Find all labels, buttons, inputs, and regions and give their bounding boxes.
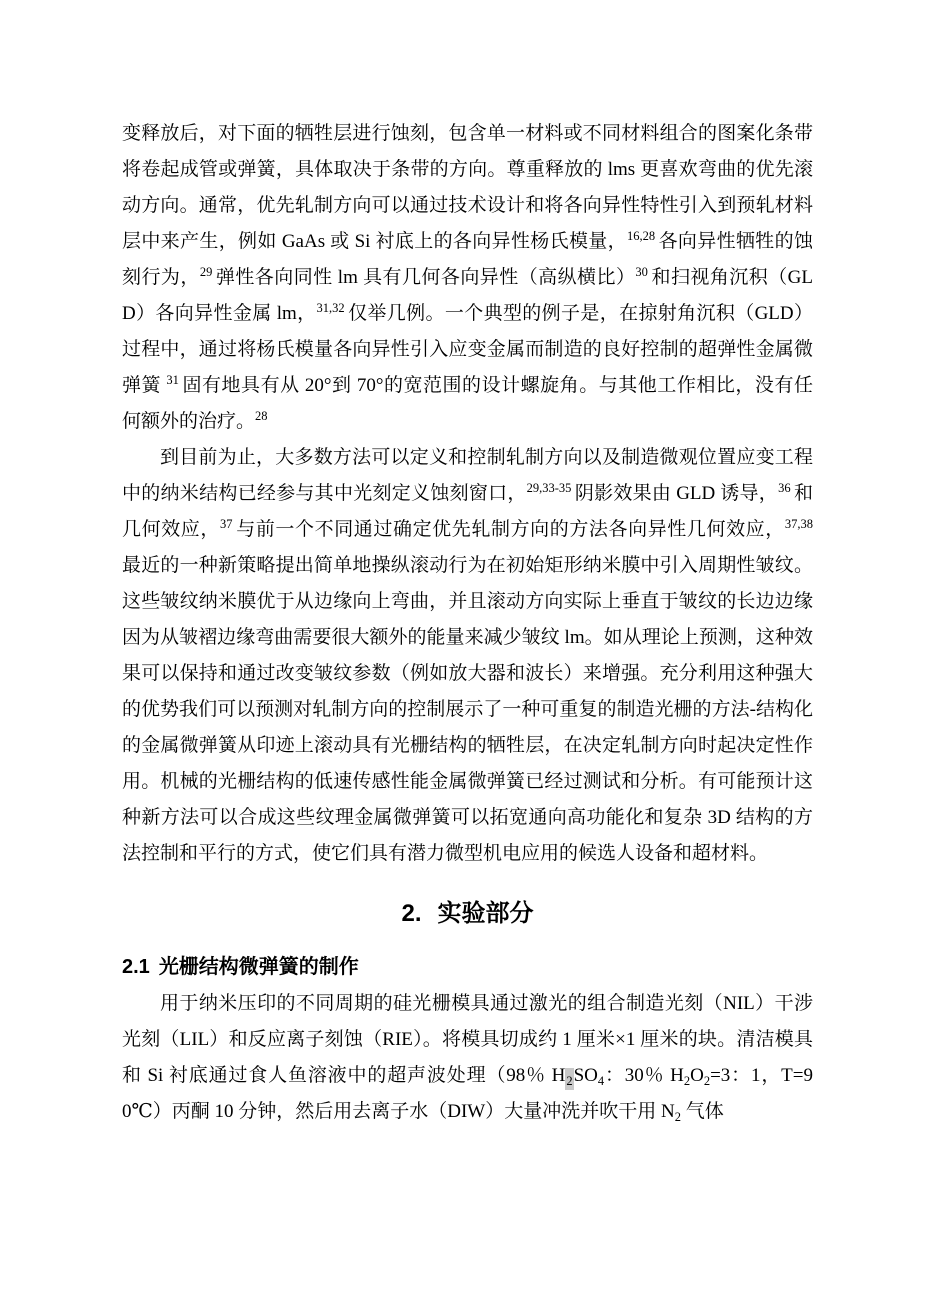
text-run: 阴影效果由 GLD 诱导， xyxy=(575,483,778,504)
citation-superscript: 29,33-35 xyxy=(527,481,575,495)
text-run: ：30％ H xyxy=(604,1065,684,1086)
subsection-number: 2.1 xyxy=(122,956,150,978)
citation-superscript: 30 xyxy=(635,265,651,279)
citation-superscript: 16,28 xyxy=(627,229,659,243)
paragraph-3: 用于纳米压印的不同周期的硅光栅模具通过激光的组合制造光刻（NIL）干涉光刻（LI… xyxy=(122,986,813,1130)
subsection-title: 光栅结构微弹簧的制作 xyxy=(159,956,359,978)
text-run: O xyxy=(690,1065,704,1086)
section-title: 实验部分 xyxy=(438,900,534,927)
highlighted-chem-subscript: 2 xyxy=(565,1068,573,1090)
chem-subscript: 2 xyxy=(704,1074,710,1088)
chem-subscript: 2 xyxy=(675,1110,681,1124)
citation-superscript: 36 xyxy=(778,481,794,495)
document-page: 变释放后，对下面的牺牲层进行蚀刻，包含单一材料或不同材料组合的图案化条带将卷起成… xyxy=(0,0,926,1309)
text-run: 与前一个不同通过确定优先轧制方向的方法各向异性几何效应， xyxy=(236,519,785,540)
chem-subscript: 2 xyxy=(684,1074,690,1088)
paragraph-2: 到目前为止，大多数方法可以定义和控制轧制方向以及制造微观位置应变工程中的纳米结构… xyxy=(122,440,813,872)
citation-superscript: 29 xyxy=(200,265,216,279)
citation-superscript: 37 xyxy=(220,517,236,531)
citation-superscript: 37,38 xyxy=(785,517,813,531)
section-heading: 2.实验部分 xyxy=(122,893,813,935)
chem-subscript: 4 xyxy=(598,1074,604,1088)
text-run: 气体 xyxy=(681,1101,724,1122)
text-run: 最近的一种新策略提出简单地操纵滚动行为在初始矩形纳米膜中引入周期性皱纹。这些皱纹… xyxy=(122,555,813,864)
text-run: 固有地具有从 20°到 70°的宽范围的设计螺旋角。与其他工作相比，没有任何额外… xyxy=(122,375,813,432)
paragraph-1: 变释放后，对下面的牺牲层进行蚀刻，包含单一材料或不同材料组合的图案化条带将卷起成… xyxy=(122,116,813,440)
citation-superscript: 31,32 xyxy=(316,301,348,315)
text-run: SO xyxy=(574,1065,598,1086)
text-run: 弹性各向同性 lm 具有几何各向异性（高纵横比） xyxy=(216,267,636,288)
citation-superscript: 31 xyxy=(166,373,182,387)
subsection-heading: 2.1光栅结构微弹簧的制作 xyxy=(122,948,813,986)
citation-superscript: 28 xyxy=(255,409,268,423)
section-number: 2. xyxy=(401,900,421,927)
